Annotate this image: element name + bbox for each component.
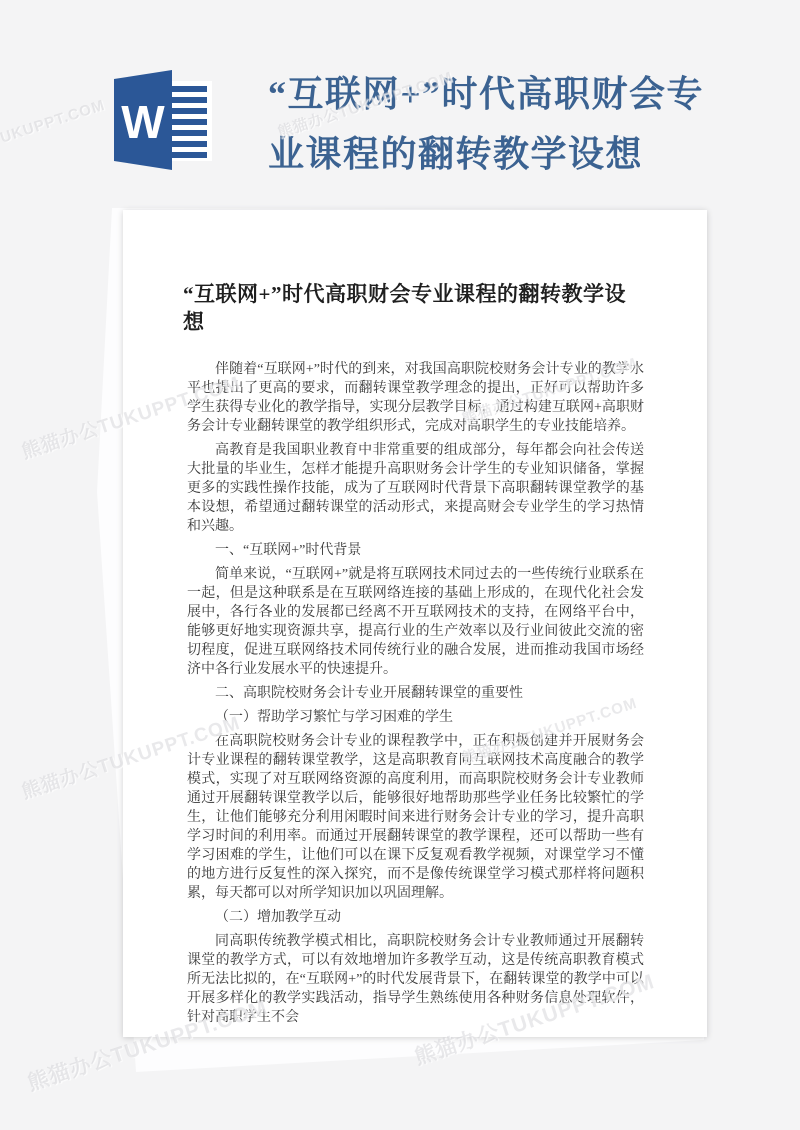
doc-block: （二）增加教学互动	[187, 908, 644, 927]
word-icon: W	[114, 69, 214, 171]
header-title-line: “互联网+”时代高职财会专	[268, 64, 728, 124]
doc-block: 伴随着“互联网+”时代的到来，对我国高职院校财务会计专业的教学水平也提出了更高的…	[187, 360, 644, 436]
doc-block: “互联网+”时代高职财会专业课程的翻转教学设想	[183, 280, 644, 336]
doc-block: 简单来说，“互联网+”就是将互联网技术同过去的一些传统行业联系在一起，但是这种联…	[187, 565, 644, 679]
page-header-title: “互联网+”时代高职财会专 业课程的翻转教学设想	[268, 64, 728, 184]
doc-block: 同高职传统教学模式相比，高职院校财务会计专业教师通过开展翻转课堂的教学方式，可以…	[187, 932, 644, 1027]
doc-block: 高教育是我国职业教育中非常重要的组成部分，每年都会向社会传送大批量的毕业生，怎样…	[187, 441, 644, 536]
watermark-item: 熊猫办公TUKUPPT.COM	[0, 94, 108, 171]
doc-block: 二、高职院校财务会计专业开展翻转课堂的重要性	[187, 684, 644, 703]
doc-block: 在高职院校财务会计专业的课程教学中，正在积极创建并开展财务会计专业课程的翻转课堂…	[187, 732, 644, 903]
header-title-line: 业课程的翻转教学设想	[268, 124, 728, 184]
word-icon-letter: W	[121, 96, 165, 148]
front-page: “互联网+”时代高职财会专业课程的翻转教学设想 伴随着“互联网+”时代的到来，对…	[123, 210, 707, 1037]
watermark-text: 熊猫办公TUKUPPT.COM	[0, 97, 107, 170]
doc-block: 一、“互联网+”时代背景	[187, 541, 644, 560]
document-body: “互联网+”时代高职财会专业课程的翻转教学设想 伴随着“互联网+”时代的到来，对…	[187, 210, 644, 1032]
doc-block: （一）帮助学习繁忙与学习困难的学生	[187, 708, 644, 727]
